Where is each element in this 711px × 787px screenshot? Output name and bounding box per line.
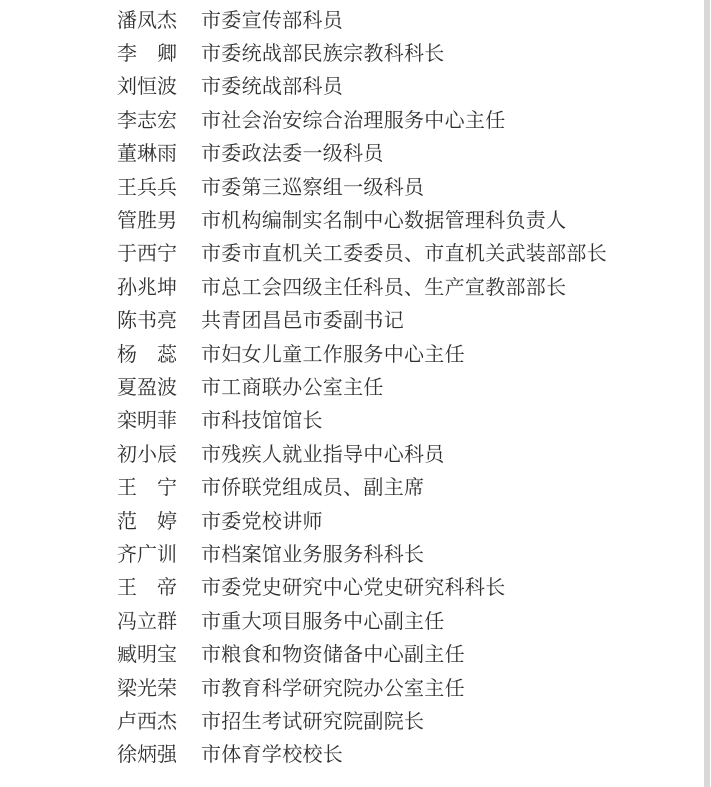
roster-row: 王 宁 市侨联党组成员、副主席 (117, 471, 607, 504)
roster-row: 于西宁 市委市直机关工委委员、市直机关武装部部长 (117, 238, 607, 271)
person-title: 市社会治安综合治理服务中心主任 (201, 111, 506, 131)
person-title: 市委统战部科员 (201, 77, 343, 97)
person-title: 市委宣传部科员 (201, 11, 343, 31)
roster-row: 王兵兵 市委第三巡察组一级科员 (117, 171, 607, 204)
person-title: 市教育科学研究院办公室主任 (201, 679, 465, 699)
person-title: 市委政法委一级科员 (201, 144, 384, 164)
roster-row: 徐炳强 市体育学校校长 (117, 739, 607, 772)
roster-row: 卢西杰 市招生考试研究院副院长 (117, 705, 607, 738)
roster-row: 杨 蕊 市妇女儿童工作服务中心主任 (117, 338, 607, 371)
roster-row: 初小辰 市残疾人就业指导中心科员 (117, 438, 607, 471)
person-title: 共青团昌邑市委副书记 (201, 311, 404, 331)
person-title: 市委党史研究中心党史研究科科长 (201, 578, 506, 598)
roster-row: 梁光荣 市教育科学研究院办公室主任 (117, 672, 607, 705)
person-name: 董琳雨 (117, 144, 177, 164)
person-name: 范 婷 (117, 512, 177, 532)
person-name: 夏盈波 (117, 378, 177, 398)
person-name: 管胜男 (117, 211, 177, 231)
person-name: 王 帝 (117, 578, 177, 598)
roster-list: 潘凤杰 市委宣传部科员 李 卿 市委统战部民族宗教科科长 刘恒波 市委统战部科员… (117, 4, 607, 772)
person-name: 于西宁 (117, 244, 177, 264)
roster-row: 潘凤杰 市委宣传部科员 (117, 4, 607, 37)
roster-row: 夏盈波 市工商联办公室主任 (117, 371, 607, 404)
roster-row: 范 婷 市委党校讲师 (117, 505, 607, 538)
roster-row: 管胜男 市机构编制实名制中心数据管理科负责人 (117, 204, 607, 237)
person-name: 齐广训 (117, 545, 177, 565)
person-title: 市工商联办公室主任 (201, 378, 384, 398)
person-name: 臧明宝 (117, 645, 177, 665)
person-name: 徐炳强 (117, 745, 177, 765)
person-title: 市委统战部民族宗教科科长 (201, 44, 445, 64)
roster-row: 刘恒波 市委统战部科员 (117, 71, 607, 104)
person-name: 冯立群 (117, 612, 177, 632)
roster-row: 臧明宝 市粮食和物资储备中心副主任 (117, 638, 607, 671)
roster-row: 王 帝 市委党史研究中心党史研究科科长 (117, 572, 607, 605)
person-title: 市妇女儿童工作服务中心主任 (201, 345, 465, 365)
person-title: 市档案馆业务服务科科长 (201, 545, 424, 565)
person-name: 杨 蕊 (117, 345, 177, 365)
person-name: 王兵兵 (117, 178, 177, 198)
roster-row: 冯立群 市重大项目服务中心副主任 (117, 605, 607, 638)
person-name: 潘凤杰 (117, 11, 177, 31)
person-title: 市重大项目服务中心副主任 (201, 612, 445, 632)
person-name: 梁光荣 (117, 679, 177, 699)
person-title: 市机构编制实名制中心数据管理科负责人 (201, 211, 566, 231)
roster-row: 孙兆坤 市总工会四级主任科员、生产宣教部部长 (117, 271, 607, 304)
document-page: 潘凤杰 市委宣传部科员 李 卿 市委统战部民族宗教科科长 刘恒波 市委统战部科员… (0, 0, 711, 787)
person-title: 市粮食和物资储备中心副主任 (201, 645, 465, 665)
person-name: 初小辰 (117, 445, 177, 465)
person-title: 市侨联党组成员、副主席 (201, 478, 424, 498)
person-title: 市委市直机关工委委员、市直机关武装部部长 (201, 244, 607, 264)
person-name: 孙兆坤 (117, 278, 177, 298)
page-edge-strip (704, 0, 710, 787)
person-title: 市委党校讲师 (201, 512, 323, 532)
person-name: 陈书亮 (117, 311, 177, 331)
person-title: 市科技馆馆长 (201, 411, 323, 431)
person-name: 刘恒波 (117, 77, 177, 97)
roster-row: 齐广训 市档案馆业务服务科科长 (117, 538, 607, 571)
person-name: 李志宏 (117, 111, 177, 131)
roster-row: 栾明菲 市科技馆馆长 (117, 405, 607, 438)
person-title: 市招生考试研究院副院长 (201, 712, 424, 732)
roster-row: 董琳雨 市委政法委一级科员 (117, 138, 607, 171)
person-title: 市体育学校校长 (201, 745, 343, 765)
person-name: 卢西杰 (117, 712, 177, 732)
person-name: 栾明菲 (117, 411, 177, 431)
roster-row: 李 卿 市委统战部民族宗教科科长 (117, 37, 607, 70)
roster-row: 李志宏 市社会治安综合治理服务中心主任 (117, 104, 607, 137)
person-title: 市总工会四级主任科员、生产宣教部部长 (201, 278, 566, 298)
person-name: 李 卿 (117, 44, 177, 64)
roster-row: 陈书亮 共青团昌邑市委副书记 (117, 305, 607, 338)
person-title: 市委第三巡察组一级科员 (201, 178, 424, 198)
person-title: 市残疾人就业指导中心科员 (201, 445, 445, 465)
person-name: 王 宁 (117, 478, 177, 498)
